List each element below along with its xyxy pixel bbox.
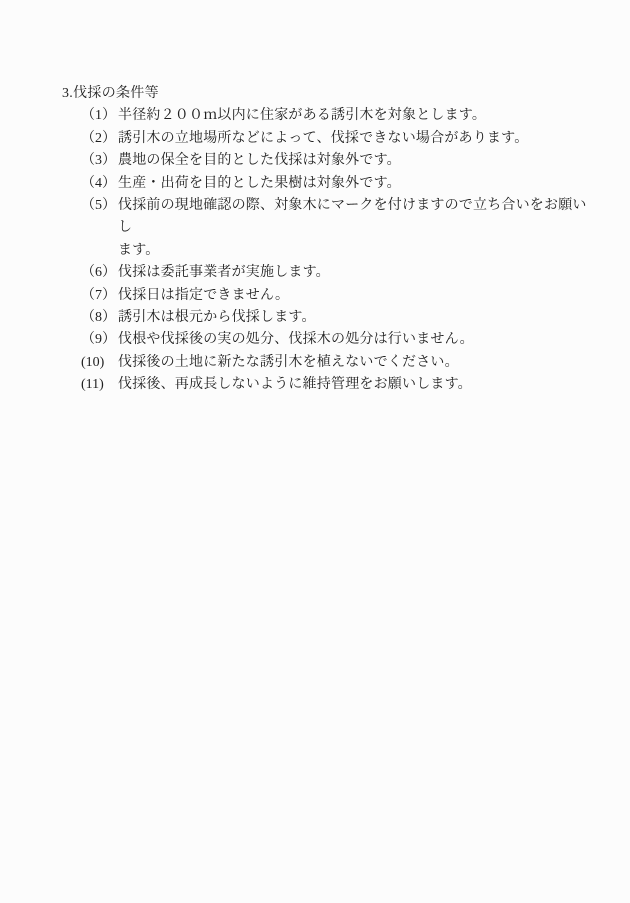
item-number: （3） <box>81 150 118 172</box>
document-content: 3.伐採の条件等 （1） 半径約２００ｍ以内に住家がある誘引木を対象とします。 … <box>0 83 600 397</box>
list-item: （4） 生産・出荷を目的とした果樹は対象外です。 <box>81 173 600 195</box>
list-item: (10) 伐採後の土地に新たな誘引木を植えないでください。 <box>81 352 600 374</box>
item-text: 伐採日は指定できません。 <box>118 285 600 307</box>
list-item: （2） 誘引木の立地場所などによって、伐採できない場合があります。 <box>81 128 600 150</box>
item-text: 誘引木は根元から伐採します。 <box>118 307 600 329</box>
item-number: （6） <box>81 262 118 284</box>
list-item: （9） 伐根や伐採後の実の処分、伐採木の処分は行いません。 <box>81 329 600 351</box>
list-item: （5） 伐採前の現地確認の際、対象木にマークを付けますので立ち合いをお願いし ま… <box>81 195 600 262</box>
list-item: （7） 伐採日は指定できません。 <box>81 285 600 307</box>
item-number: （1） <box>81 105 118 127</box>
item-number: （4） <box>81 173 118 195</box>
item-number: (10) <box>81 352 118 374</box>
list-item: （1） 半径約２００ｍ以内に住家がある誘引木を対象とします。 <box>81 105 600 127</box>
item-number: （9） <box>81 329 118 351</box>
item-text: 誘引木の立地場所などによって、伐採できない場合があります。 <box>118 128 600 150</box>
item-text: 半径約２００ｍ以内に住家がある誘引木を対象とします。 <box>118 105 600 127</box>
item-text: 伐採後、再成長しないように維持管理をお願いします。 <box>118 374 600 396</box>
item-number: （5） <box>81 195 118 217</box>
item-text: 伐根や伐採後の実の処分、伐採木の処分は行いません。 <box>118 329 600 351</box>
document-page: 3.伐採の条件等 （1） 半径約２００ｍ以内に住家がある誘引木を対象とします。 … <box>0 0 630 903</box>
list-item: （6） 伐採は委託事業者が実施します。 <box>81 262 600 284</box>
section-heading: 3.伐採の条件等 <box>62 83 600 105</box>
list-item: （3） 農地の保全を目的とした伐採は対象外です。 <box>81 150 600 172</box>
item-number: (11) <box>81 374 118 396</box>
conditions-list: （1） 半径約２００ｍ以内に住家がある誘引木を対象とします。 （2） 誘引木の立… <box>0 105 600 396</box>
item-number: （2） <box>81 128 118 150</box>
item-number: （7） <box>81 285 118 307</box>
item-text: 農地の保全を目的とした伐採は対象外です。 <box>118 150 600 172</box>
item-text: 伐採は委託事業者が実施します。 <box>118 262 600 284</box>
item-text: 伐採前の現地確認の際、対象木にマークを付けますので立ち合いをお願いし ます。 <box>118 195 600 262</box>
list-item: （8） 誘引木は根元から伐採します。 <box>81 307 600 329</box>
list-item: (11) 伐採後、再成長しないように維持管理をお願いします。 <box>81 374 600 396</box>
item-text: 生産・出荷を目的とした果樹は対象外です。 <box>118 173 600 195</box>
item-text: 伐採後の土地に新たな誘引木を植えないでください。 <box>118 352 600 374</box>
item-number: （8） <box>81 307 118 329</box>
